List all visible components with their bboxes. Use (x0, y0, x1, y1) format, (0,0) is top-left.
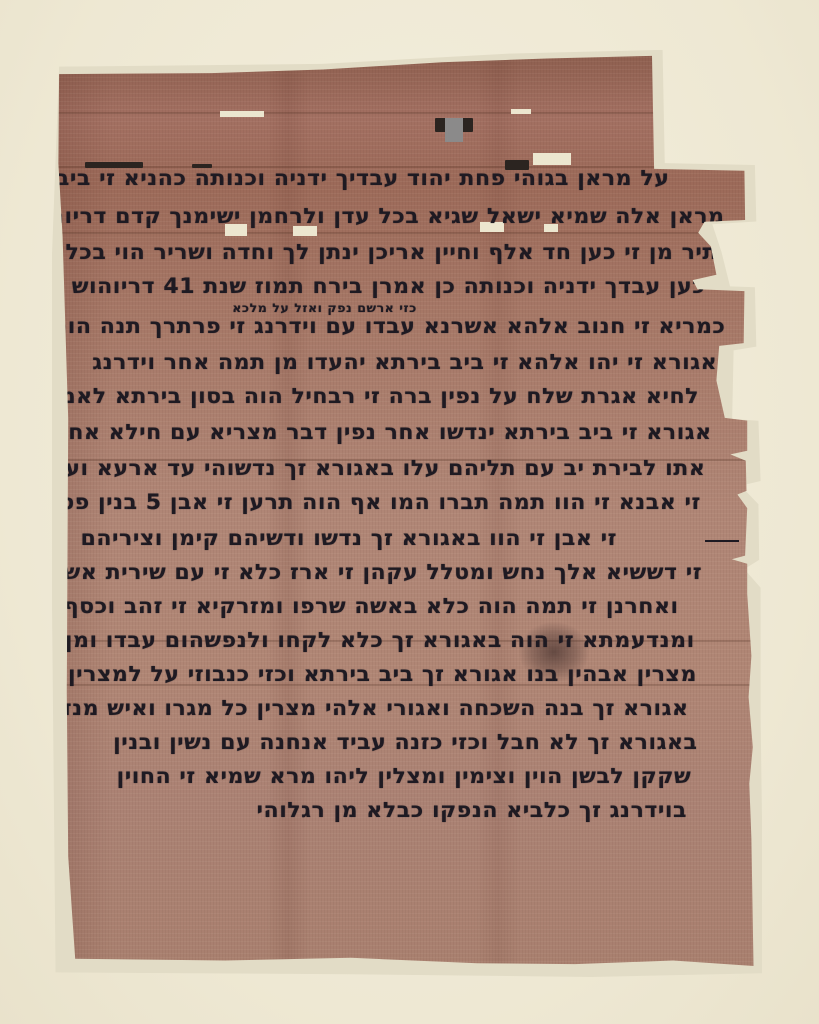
text-line: אגורא זך בנה השכחה ואגורי אלהי מצרין כל … (28, 696, 689, 720)
text-line-superscript: כזי ארשם נפק ואזל על מלכא (232, 301, 417, 315)
text-line: על מראן בגוהי פחת יהוד עבדיך ידניה וכנות… (0, 166, 669, 190)
text-line: מצרין אבהין בנו אגורא זך ביב בירתא וכזי … (68, 662, 697, 686)
text-line: אגורא זי יהו אלהא זי ביב בירתא יהעדו מן … (92, 350, 717, 374)
text-line: ומנדעמתא זי הוה באגורא זך כלא לקחו ולנפש… (0, 628, 695, 652)
text-line: מראן אלה שמיא ישאל שגיא בכל עדן ולרחמן י… (0, 204, 725, 228)
text-line: זי דששיא אלך נחש ומטלל עקהן זי ארז כלא ז… (23, 560, 702, 584)
text-line: באגורא זך לא חבל וכזי כזנה עביד אנחנה עם… (113, 730, 697, 754)
text-line: כמריא זי חנוב אלהא אשרנא עבדו עם וידרנג … (14, 314, 725, 338)
text-line: זי אבנא זי הוו תמה תברו המו אף הוה תרען … (23, 490, 701, 514)
text-line: שקקן לבשן הוין וצימין ומצלין ליהו מרא שמ… (116, 764, 691, 788)
text-block: על מראן בגוהי פחת יהוד עבדיך ידניה וכנות… (57, 54, 757, 966)
text-line: יתיר מן זי כען חד אלף וחיין אריכן ינתן ל… (20, 240, 725, 264)
text-line: כען עבדך ידניה וכנותה כן אמרן בירח תמוז … (3, 274, 705, 298)
text-line: לחיא אגרת שלח על נפין ברה זי רבחיל הוה ב… (46, 384, 699, 408)
text-line: בוידרנג זך כלביא הנפקו כבלא מן רגלוהי (257, 798, 687, 822)
marginal-rule (705, 540, 739, 542)
papyrus-sheet: על מראן בגוהי פחת יהוד עבדיך ידניה וכנות… (57, 54, 757, 966)
text-line: ואחרנן זי תמה הוה כלא באשה שרפו ומזרקיא … (64, 594, 679, 618)
text-line: זי אבן זי הוו באגורא זך נדשו ודשיהם קימן… (80, 526, 617, 550)
text-line: אתו לבירת יב עם תליהם עלו באגורא זך נדשו… (3, 456, 705, 480)
text-line: אגורא זי ביב בירתא ינדשו אחר נפין דבר מצ… (36, 420, 712, 444)
